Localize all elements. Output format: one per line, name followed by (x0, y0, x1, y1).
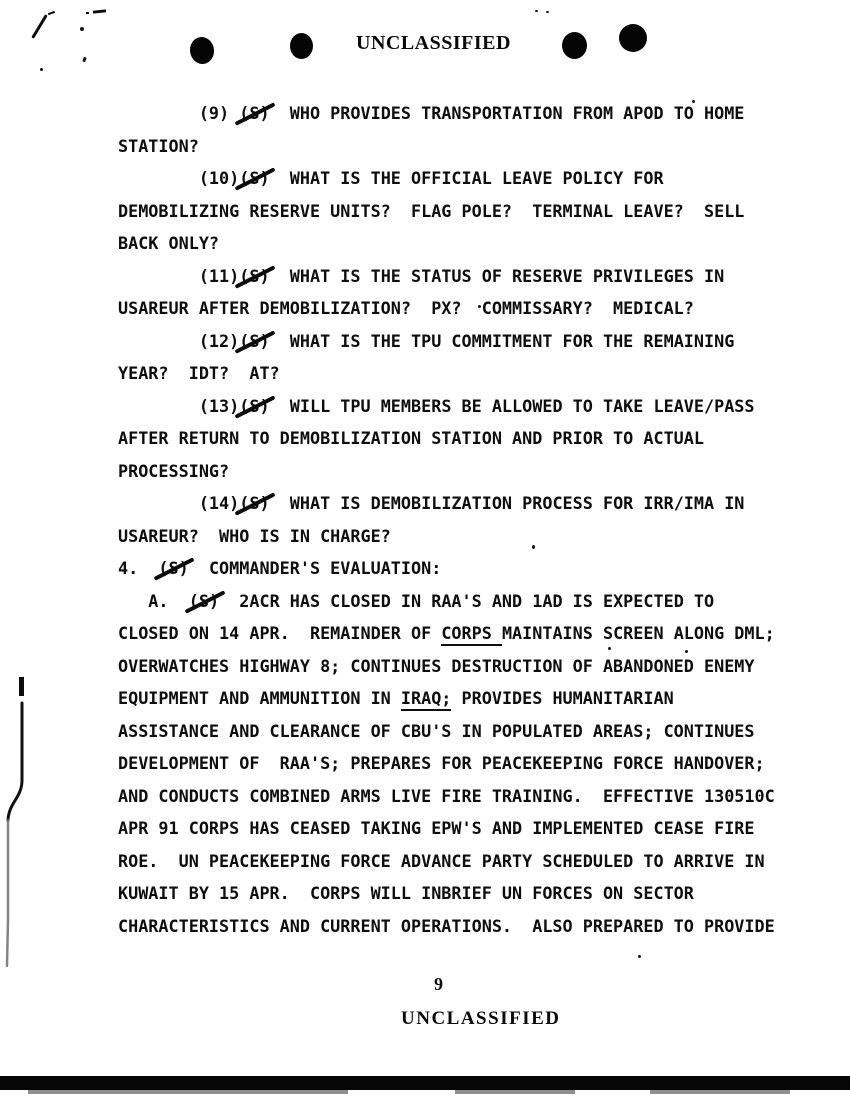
ink-speck (685, 650, 688, 653)
text-segment: ROE. UN PEACEKEEPING FORCE ADVANCE PARTY… (118, 851, 765, 871)
document-line: AFTER RETURN TO DEMOBILIZATION STATION A… (118, 429, 808, 462)
document-line: A. (S) 2ACR HAS CLOSED IN RAA'S AND 1AD … (118, 592, 808, 625)
document-line: YEAR? IDT? AT? (118, 364, 808, 397)
page-number: 9 (434, 974, 443, 995)
struck-classification-marking: (S) (239, 332, 269, 350)
document-line: ROE. UN PEACEKEEPING FORCE ADVANCE PARTY… (118, 852, 808, 885)
document-line: DEVELOPMENT OF RAA'S; PREPARES FOR PEACE… (118, 754, 808, 787)
document-line: KUWAIT BY 15 APR. CORPS WILL INBRIEF UN … (118, 884, 808, 917)
document-line: EQUIPMENT AND AMMUNITION IN IRAQ; PROVID… (118, 689, 808, 722)
struck-classification-marking: (S) (158, 559, 188, 577)
document-line: (12)(S) WHAT IS THE TPU COMMITMENT FOR T… (118, 332, 808, 365)
text-segment: 2ACR HAS CLOSED IN RAA'S AND 1AD IS EXPE… (219, 591, 714, 611)
struck-classification-marking: (S) (239, 169, 269, 187)
underlined-text: CORPS (441, 623, 502, 646)
pen-dot-mark (86, 12, 89, 14)
document-line: OVERWATCHES HIGHWAY 8; CONTINUES DESTRUC… (118, 657, 808, 690)
text-segment: 4. (118, 558, 158, 578)
text-segment: WHAT IS THE STATUS OF RESERVE PRIVILEGES… (270, 266, 725, 286)
document-line: AND CONDUCTS COMBINED ARMS LIVE FIRE TRA… (118, 787, 808, 820)
struck-classification-marking: (S) (239, 494, 269, 512)
ink-speck (608, 647, 611, 650)
text-segment: OVERWATCHES HIGHWAY 8; CONTINUES DESTRUC… (118, 656, 755, 676)
document-line: BACK ONLY? (118, 234, 808, 267)
text-segment: PROVIDES HUMANITARIAN (451, 688, 673, 708)
document-body: (9) (S) WHO PROVIDES TRANSPORTATION FROM… (118, 104, 808, 949)
text-segment: EQUIPMENT AND AMMUNITION IN (118, 688, 401, 708)
pen-slash-mark (31, 14, 47, 39)
ink-speck (638, 955, 641, 958)
document-line: STATION? (118, 137, 808, 170)
footer-classification-banner: UNCLASSIFIED (401, 1008, 560, 1030)
text-segment: USAREUR AFTER DEMOBILIZATION? PX? COMMIS… (118, 298, 694, 318)
struck-classification-marking: (S) (239, 267, 269, 285)
text-segment: (9) (118, 103, 239, 123)
text-segment: YEAR? IDT? AT? (118, 363, 280, 383)
ink-speck (80, 27, 84, 31)
struck-classification-marking: (S) (239, 104, 269, 122)
text-segment: PROCESSING? (118, 461, 229, 481)
text-segment: (13) (118, 396, 239, 416)
scan-smudge (650, 1090, 790, 1094)
text-segment: CHARACTERISTICS AND CURRENT OPERATIONS. … (118, 916, 775, 936)
text-segment: MAINTAINS SCREEN ALONG DML; (502, 623, 775, 643)
struck-classification-marking: (S) (239, 397, 269, 415)
document-line: ASSISTANCE AND CLEARANCE OF CBU'S IN POP… (118, 722, 808, 755)
text-segment: DEVELOPMENT OF RAA'S; PREPARES FOR PEACE… (118, 753, 765, 773)
text-segment: (14) (118, 493, 239, 513)
text-segment: WHAT IS THE OFFICIAL LEAVE POLICY FOR (270, 168, 664, 188)
document-line: PROCESSING? (118, 462, 808, 495)
document-line: (9) (S) WHO PROVIDES TRANSPORTATION FROM… (118, 104, 808, 137)
ink-speck (82, 57, 87, 63)
text-segment: KUWAIT BY 15 APR. CORPS WILL INBRIEF UN … (118, 883, 694, 903)
document-line: (11)(S) WHAT IS THE STATUS OF RESERVE PR… (118, 267, 808, 300)
document-line: (13)(S) WILL TPU MEMBERS BE ALLOWED TO T… (118, 397, 808, 430)
text-segment: CLOSED ON 14 APR. REMAINDER OF (118, 623, 441, 643)
text-segment: ASSISTANCE AND CLEARANCE OF CBU'S IN POP… (118, 721, 755, 741)
document-line: APR 91 CORPS HAS CEASED TAKING EPW'S AND… (118, 819, 808, 852)
document-line: CHARACTERISTICS AND CURRENT OPERATIONS. … (118, 917, 808, 950)
scanned-document-page: UNCLASSIFIED (9) (S) WHO PROVIDES TRANSP… (0, 0, 850, 1097)
text-segment: AFTER RETURN TO DEMOBILIZATION STATION A… (118, 428, 704, 448)
pen-tick-mark (48, 11, 55, 15)
text-segment: WHO PROVIDES TRANSPORTATION FROM APOD TO… (270, 103, 745, 123)
text-segment: (11) (118, 266, 239, 286)
black-dot-mark (562, 32, 587, 59)
scan-artifact-line (0, 670, 40, 990)
struck-classification-marking: (S) (189, 592, 219, 610)
scan-edge-bar (0, 1076, 850, 1090)
pen-dash-mark (93, 9, 106, 13)
text-segment: APR 91 CORPS HAS CEASED TAKING EPW'S AND… (118, 818, 755, 838)
header-classification-banner: UNCLASSIFIED (356, 32, 511, 55)
document-line: (10)(S) WHAT IS THE OFFICIAL LEAVE POLIC… (118, 169, 808, 202)
text-segment: AND CONDUCTS COMBINED ARMS LIVE FIRE TRA… (118, 786, 775, 806)
ink-speck (478, 305, 481, 308)
document-line: CLOSED ON 14 APR. REMAINDER OF CORPS MAI… (118, 624, 808, 657)
text-segment: (12) (118, 331, 239, 351)
black-dot-mark (290, 33, 313, 59)
ink-speck (692, 100, 695, 103)
scan-smudge (28, 1090, 348, 1094)
text-segment: A. (118, 591, 189, 611)
document-line: 4. (S) COMMANDER'S EVALUATION: (118, 559, 808, 592)
document-line: USAREUR? WHO IS IN CHARGE? (118, 527, 808, 560)
text-segment: WHAT IS DEMOBILIZATION PROCESS FOR IRR/I… (270, 493, 745, 513)
text-segment: WHAT IS THE TPU COMMITMENT FOR THE REMAI… (270, 331, 735, 351)
text-segment: WILL TPU MEMBERS BE ALLOWED TO TAKE LEAV… (270, 396, 755, 416)
text-segment: USAREUR? WHO IS IN CHARGE? (118, 526, 391, 546)
underlined-text: IRAQ; (401, 688, 452, 711)
document-line: DEMOBILIZING RESERVE UNITS? FLAG POLE? T… (118, 202, 808, 235)
ink-speck (532, 545, 535, 549)
scan-smudge (455, 1090, 575, 1094)
ink-speck (535, 10, 538, 12)
ink-speck (546, 11, 549, 13)
text-segment: DEMOBILIZING RESERVE UNITS? FLAG POLE? T… (118, 201, 744, 221)
black-dot-mark (619, 24, 647, 52)
text-segment: BACK ONLY? (118, 233, 219, 253)
document-line: USAREUR AFTER DEMOBILIZATION? PX? COMMIS… (118, 299, 808, 332)
text-segment: STATION? (118, 136, 199, 156)
text-segment: COMMANDER'S EVALUATION: (189, 558, 442, 578)
ink-speck (40, 68, 43, 71)
text-segment: (10) (118, 168, 239, 188)
black-dot-mark (188, 35, 216, 65)
document-line: (14)(S) WHAT IS DEMOBILIZATION PROCESS F… (118, 494, 808, 527)
